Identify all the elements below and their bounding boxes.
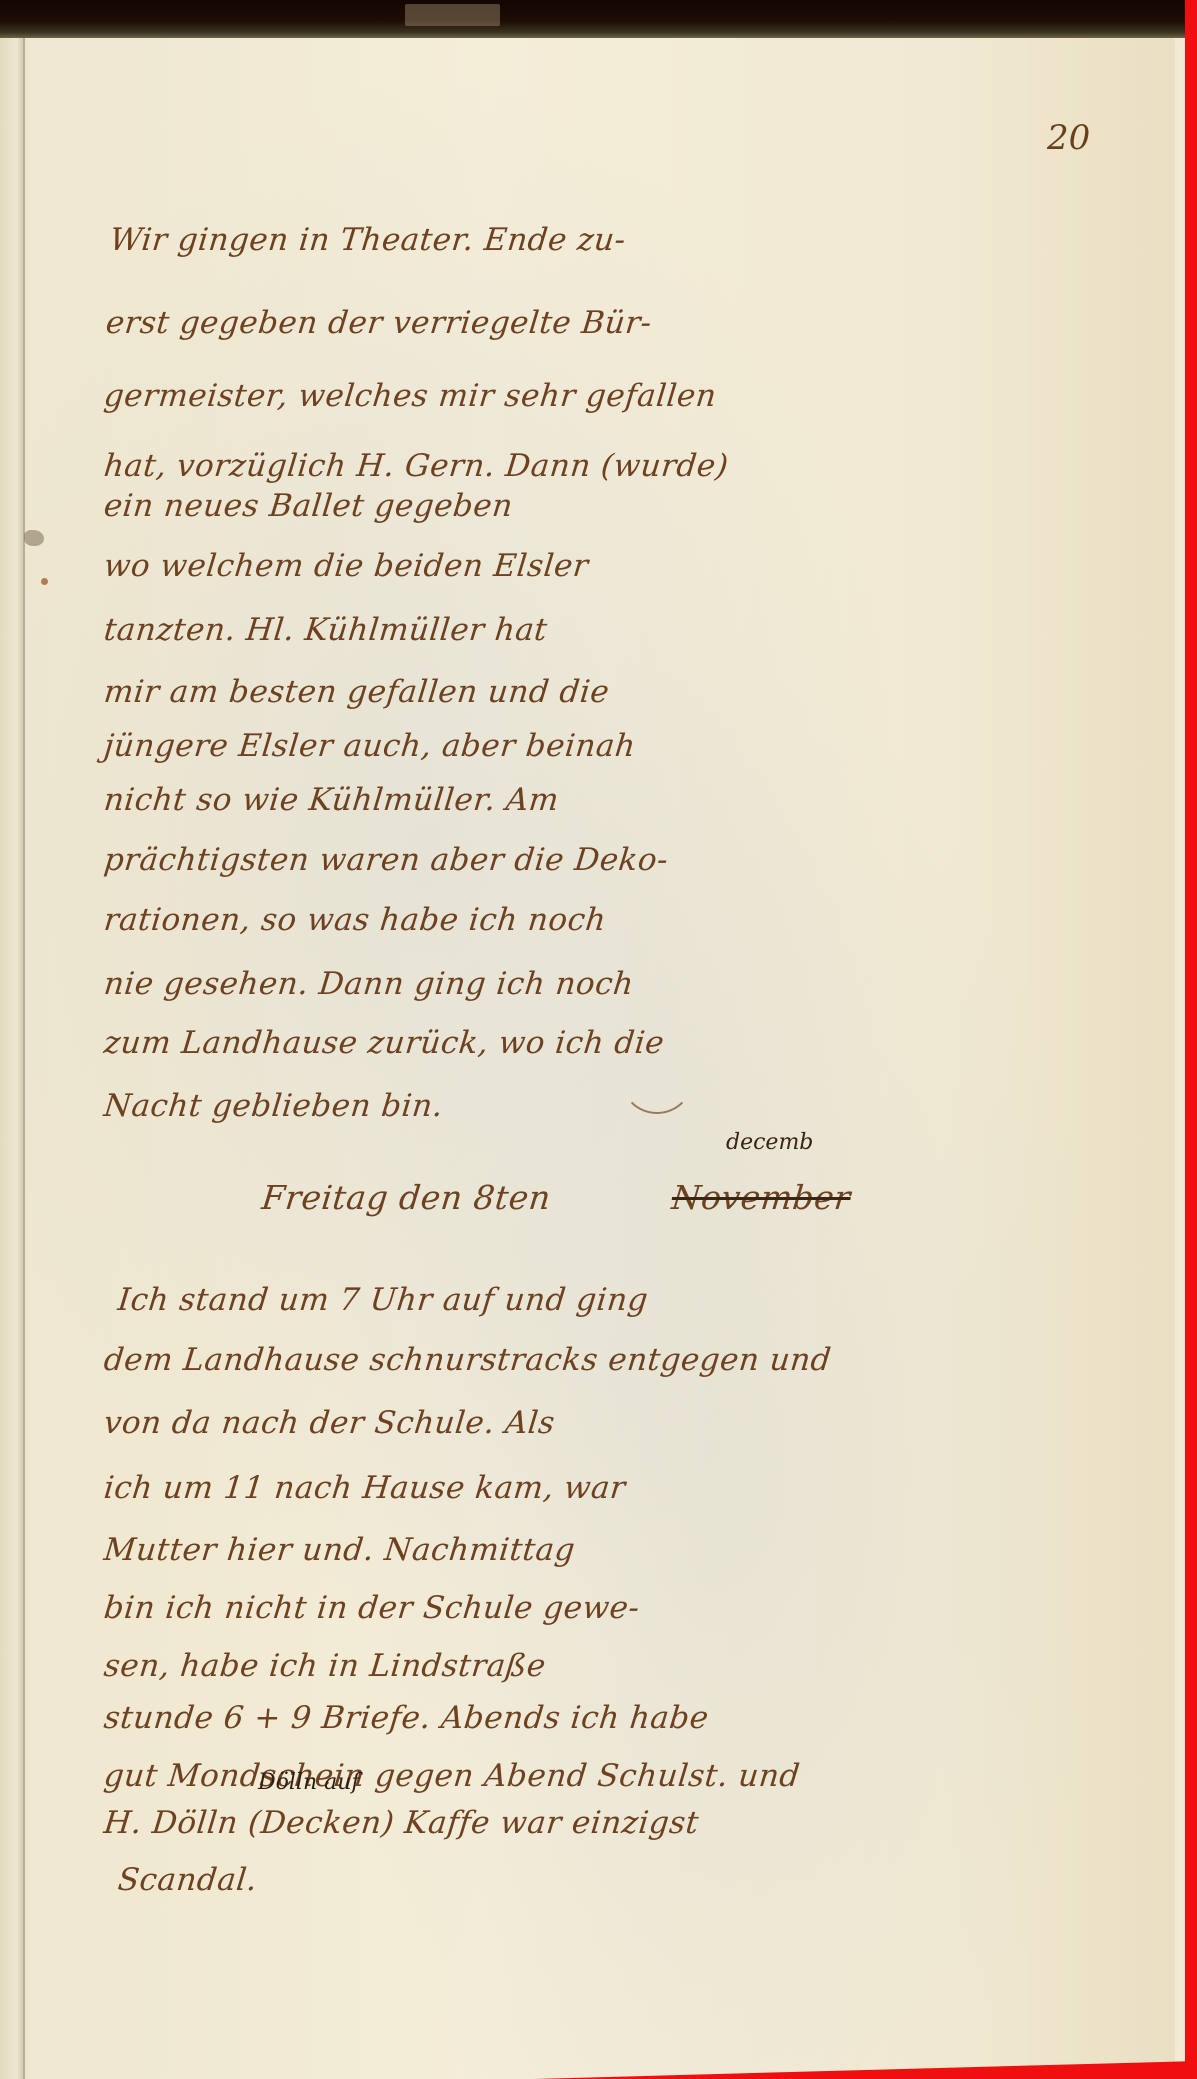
text-line: H. Dölln (Decken) Kaffe war einzigst — [102, 1805, 701, 1841]
text-line: jüngere Elsler auch, aber beinah — [102, 728, 637, 764]
text-line: hat, vorzüglich H. Gern. Dann (wurde) — [102, 448, 730, 484]
text-line: zum Landhause zurück, wo ich die — [102, 1025, 666, 1061]
red-scan-border-right — [1185, 0, 1197, 2079]
date-insertion: decemb — [726, 1130, 813, 1155]
text-line: rationen, so was habe ich noch — [102, 902, 608, 938]
text-line: Mutter hier und. Nachmittag — [102, 1532, 577, 1568]
text-line: erst gegeben der verriegelte Bür- — [104, 305, 653, 341]
binding-gutter — [0, 38, 24, 2079]
text-line: wo welchem die beiden Elsler — [102, 548, 590, 584]
manuscript-scan: 20 Wir gingen in Theater. Ende zu- erst … — [0, 0, 1197, 2079]
text-line: tanzten. Hl. Kühlmüller hat — [102, 612, 549, 648]
page-tear-mark — [24, 530, 44, 546]
book-edge-highlight — [405, 4, 500, 26]
book-top-edge — [0, 0, 1197, 38]
text-line: Ich stand um 7 Uhr auf und ging — [116, 1282, 650, 1318]
date-heading: Freitag den 8ten — [260, 1178, 553, 1217]
text-line: von da nach der Schule. Als — [102, 1405, 557, 1441]
text-line: germeister, welches mir sehr gefallen — [102, 378, 718, 414]
text-line: bin ich nicht in der Schule gewe- — [102, 1590, 641, 1626]
text-line: ein neues Ballet gegeben — [102, 488, 515, 524]
text-line: mir am besten gefallen und die — [102, 674, 611, 710]
correction-insertion: Dölln auf — [258, 1770, 360, 1795]
text-line: nicht so wie Kühlmüller. Am — [102, 782, 561, 818]
text-line: Nacht geblieben bin. — [102, 1088, 445, 1124]
page-number: 20 — [1047, 118, 1090, 158]
text-line: Scandal. — [116, 1862, 259, 1898]
text-line: gut Mondschein gegen Abend Schulst. und — [102, 1758, 802, 1794]
text-line: sen, habe ich in Lindstraße — [102, 1648, 548, 1684]
text-line: dem Landhause schnurstracks entgegen und — [102, 1342, 833, 1378]
ink-spot — [41, 578, 48, 585]
text-line: Wir gingen in Theater. Ende zu- — [108, 222, 627, 258]
text-line: nie gesehen. Dann ging ich noch — [102, 966, 635, 1002]
struck-month: November — [670, 1178, 853, 1217]
text-line: ich um 11 nach Hause kam, war — [102, 1470, 627, 1506]
text-line: prächtigsten waren aber die Deko- — [102, 842, 670, 878]
text-line: stunde 6 + 9 Briefe. Abends ich habe — [102, 1700, 710, 1736]
